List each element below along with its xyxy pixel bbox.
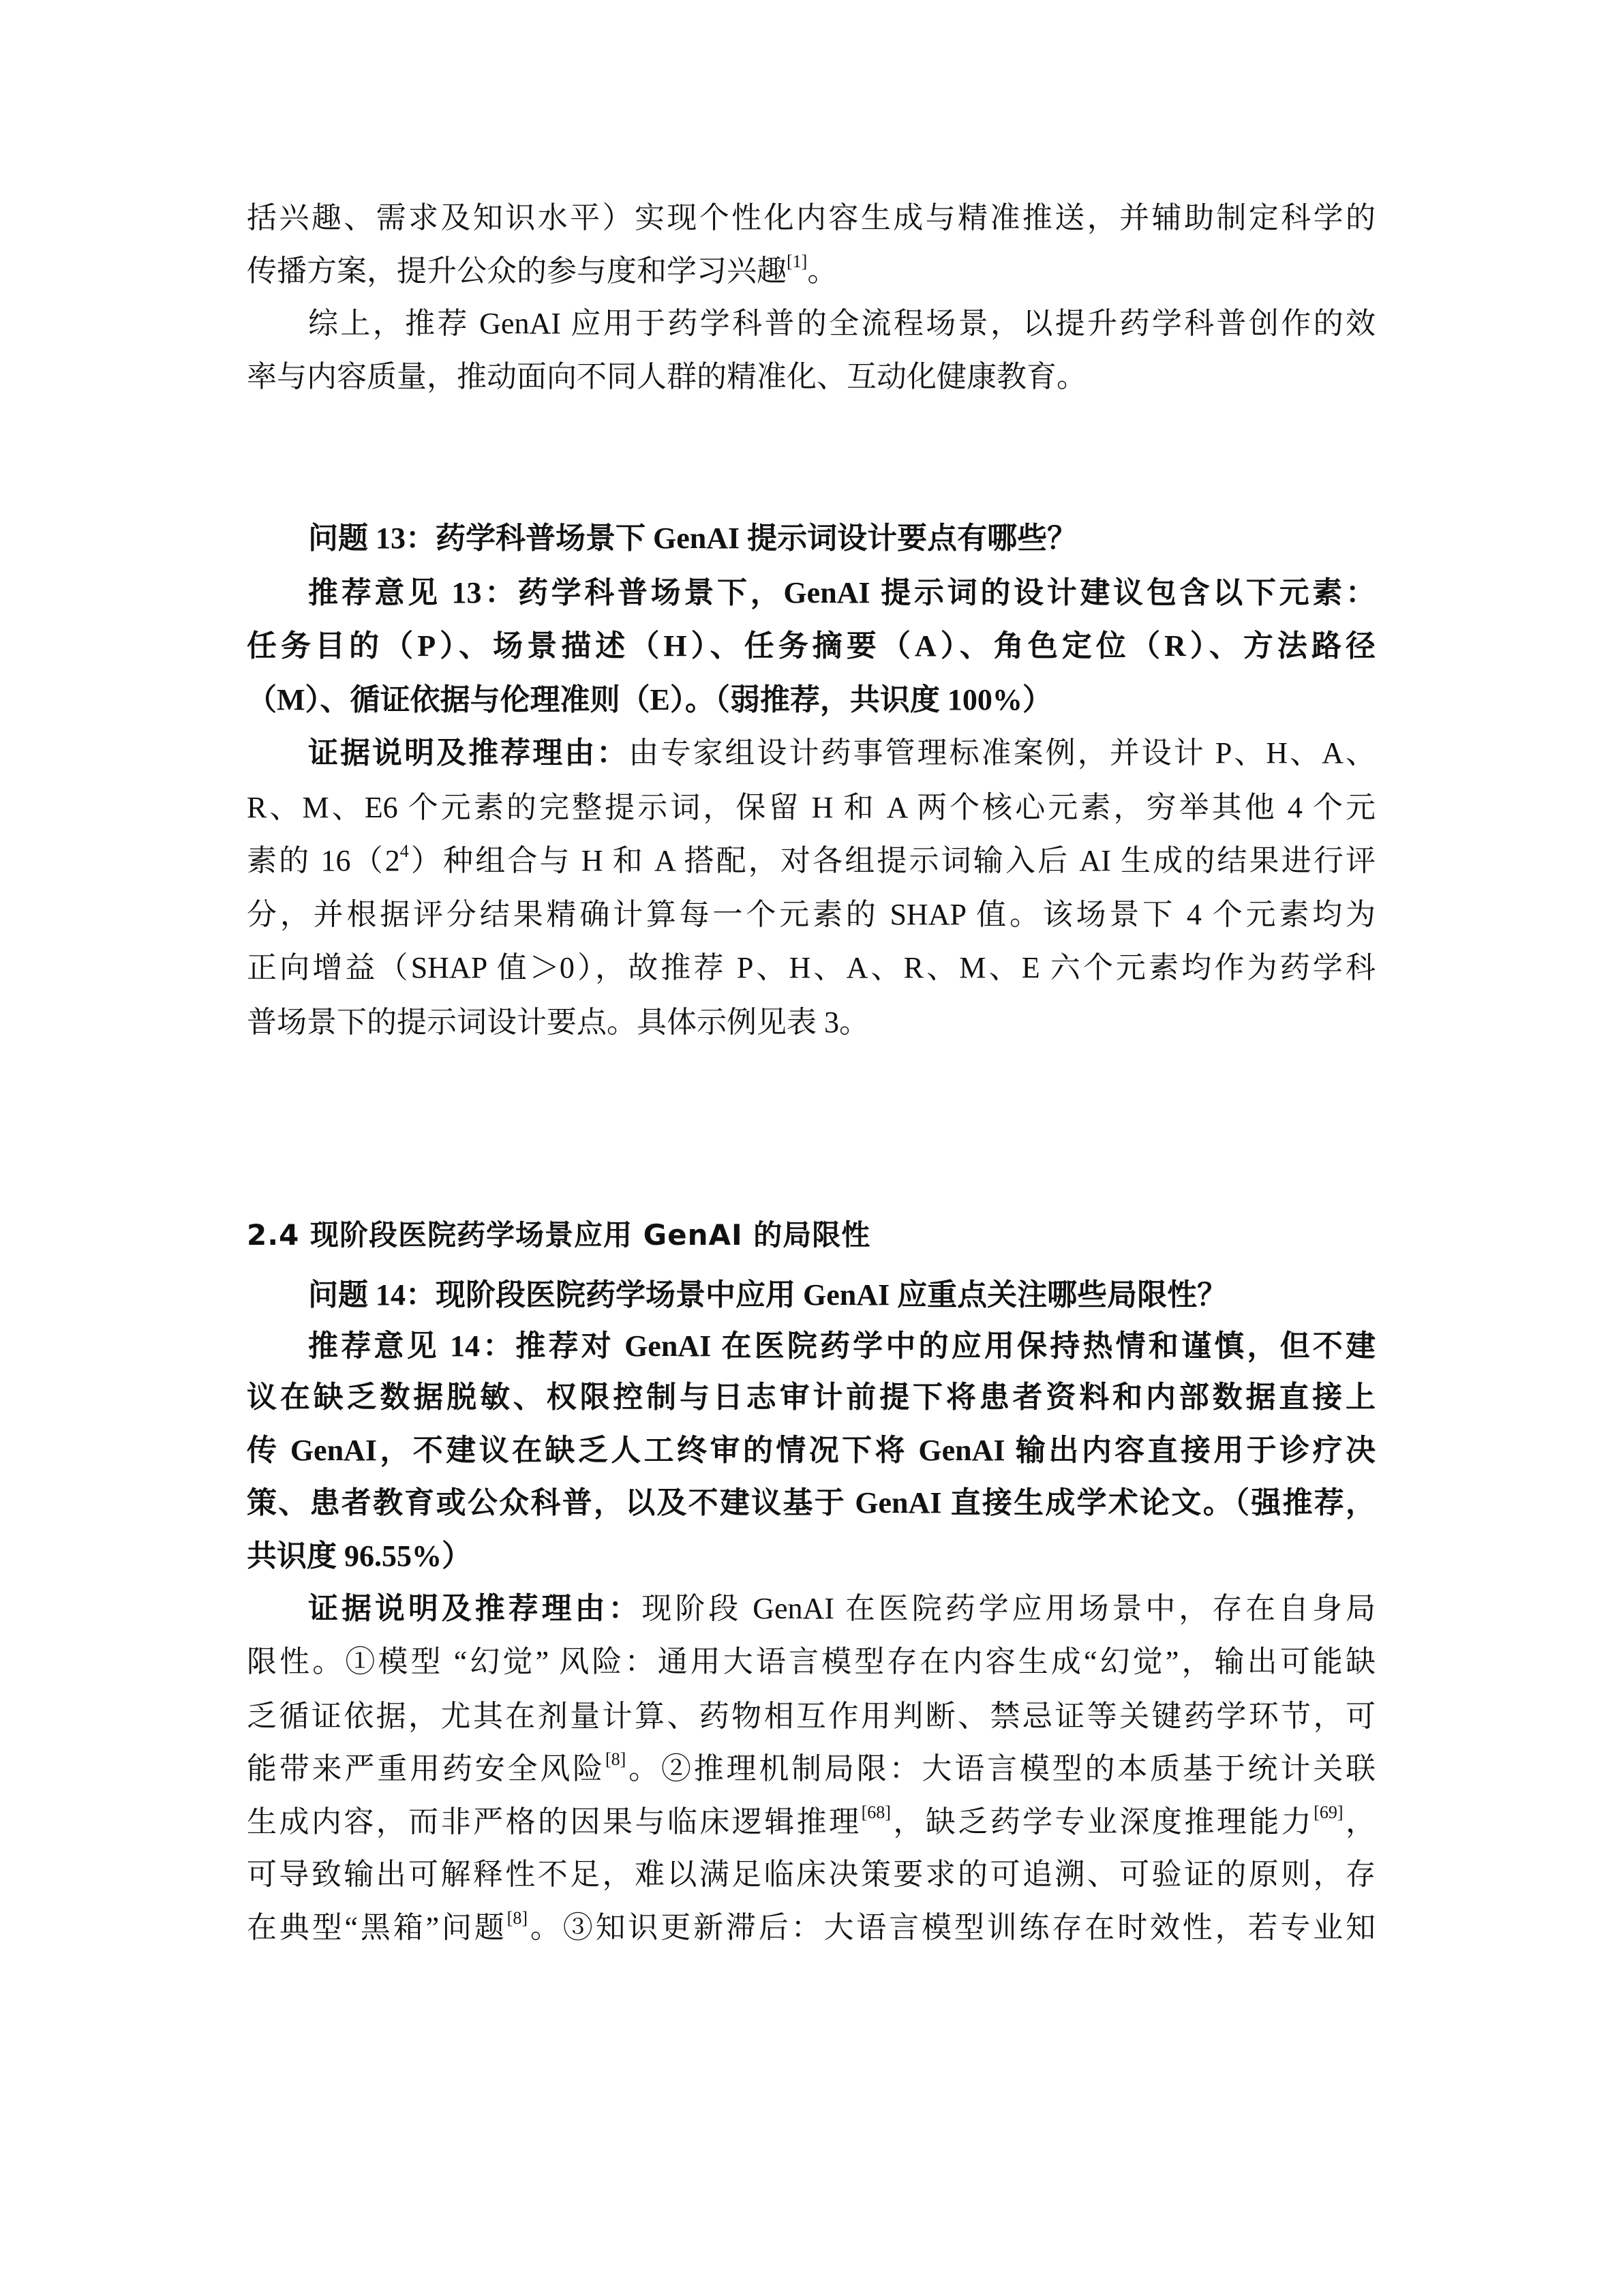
text-segment: ）种组合与 H 和 A 搭配，对各组提示词输入后 AI 生成的结果进行评: [409, 844, 1376, 877]
text-segment: 能带来严重用药安全风险: [247, 1752, 605, 1785]
evidence-14-line: 生成内容，而非严格的因果与临床逻辑推理[68]，缺乏药学专业深度推理能力[69]…: [247, 1802, 1376, 1843]
evidence-label: 证据说明及推荐理由：: [308, 1592, 641, 1625]
citation-ref: [69]: [1314, 1802, 1343, 1822]
paragraph-line: 传播方案，提升公众的参与度和学习兴趣[1]。: [247, 251, 1376, 292]
recommendation-13-line: 推荐意见 13：药学科普场景下，GenAI 提示词的设计建议包含以下元素：: [308, 573, 1376, 614]
citation-ref: [68]: [862, 1802, 891, 1822]
text-segment: 生成内容，而非严格的因果与临床逻辑推理: [247, 1805, 862, 1839]
text-segment: 。: [807, 254, 837, 288]
paragraph-line: 率与内容质量，推动面向不同人群的精准化、互动化健康教育。: [247, 357, 1376, 397]
recommendation-14-line: 议在缺乏数据脱敏、权限控制与日志审计前提下将患者资料和内部数据直接上: [247, 1377, 1376, 1418]
text-segment: ，: [1344, 1805, 1376, 1839]
recommendation-14-line: 推荐意见 14：推荐对 GenAI 在医院药学中的应用保持热情和谨慎，但不建: [308, 1326, 1376, 1367]
paragraph-line: 综上，推荐 GenAI 应用于药学科普的全流程场景，以提升药学科普创作的效: [308, 303, 1376, 344]
evidence-14-line: 能带来严重用药安全风险[8]。②推理机制局限：大语言模型的本质基于统计关联: [247, 1749, 1376, 1789]
paragraph-line: 括兴趣、需求及知识水平）实现个性化内容生成与精准推送，并辅助制定科学的: [247, 198, 1376, 239]
recommendation-14-line: 传 GenAI，不建议在缺乏人工终审的情况下将 GenAI 输出内容直接用于诊疗…: [247, 1430, 1376, 1471]
evidence-14-line: 限性。①模型 “幻觉” 风险：通用大语言模型存在内容生成“幻觉”，输出可能缺: [247, 1642, 1376, 1682]
text-segment: 现阶段 GenAI 在医院药学应用场景中，存在自身局: [641, 1592, 1376, 1625]
text-segment: 素的 16（2: [247, 844, 400, 877]
evidence-label: 证据说明及推荐理由：: [308, 736, 628, 770]
recommendation-14-line: 策、患者教育或公众科普，以及不建议基于 GenAI 直接生成学术论文。（强推荐，: [247, 1483, 1376, 1524]
evidence-14-line: 乏循证依据，尤其在剂量计算、药物相互作用判断、禁忌证等关键药学环节，可: [247, 1696, 1376, 1737]
text-segment: 。③知识更新滞后：大语言模型训练存在时效性，若专业知: [528, 1911, 1376, 1944]
citation-ref: [8]: [507, 1908, 528, 1928]
evidence-13-line: 分，并根据评分结果精确计算每一个元素的 SHAP 值。该场景下 4 个元素均为: [247, 894, 1376, 935]
question-14-title: 问题 14：现阶段医院药学场景中应用 GenAI 应重点关注哪些局限性？: [308, 1275, 1376, 1316]
recommendation-14-line: 共识度 96.55%）: [247, 1536, 1376, 1577]
text-segment: 由专家组设计药事管理标准案例，并设计 P、H、A、: [628, 736, 1376, 770]
citation-ref: [1]: [787, 252, 807, 271]
question-13-title: 问题 13：药学科普场景下 GenAI 提示词设计要点有哪些？: [308, 518, 1376, 559]
evidence-13-line: R、M、E6 个元素的完整提示词，保留 H 和 A 两个核心元素，穷举其他 4 …: [247, 787, 1376, 828]
section-heading-2-4: 2.4 现阶段医院药学场景应用 GenAI 的局限性: [247, 1215, 1376, 1256]
document-page: 括兴趣、需求及知识水平）实现个性化内容生成与精准推送，并辅助制定科学的 传播方案…: [0, 0, 1623, 2296]
text-segment: 在典型“黑箱”问题: [247, 1911, 507, 1944]
recommendation-13-line: （M）、循证依据与伦理准则（E）。（弱推荐，共识度 100%）: [247, 680, 1376, 721]
text-segment: 传播方案，提升公众的参与度和学习兴趣: [247, 254, 787, 288]
text-segment: 。②推理机制局限：大语言模型的本质基于统计关联: [626, 1752, 1376, 1785]
superscript-exponent: 4: [400, 841, 409, 861]
citation-ref: [8]: [605, 1749, 626, 1769]
evidence-14-line: 证据说明及推荐理由：现阶段 GenAI 在医院药学应用场景中，存在自身局: [308, 1588, 1376, 1629]
evidence-13-line: 普场景下的提示词设计要点。具体示例见表 3。: [247, 1002, 1376, 1043]
recommendation-13-line: 任务目的（P）、场景描述（H）、任务摘要（A）、角色定位（R）、方法路径: [247, 626, 1376, 667]
evidence-13-line: 正向增益（SHAP 值＞0），故推荐 P、H、A、R、M、E 六个元素均作为药学…: [247, 948, 1376, 988]
evidence-13-line: 证据说明及推荐理由：由专家组设计药事管理标准案例，并设计 P、H、A、: [308, 733, 1376, 774]
evidence-13-line: 素的 16（24）种组合与 H 和 A 搭配，对各组提示词输入后 AI 生成的结…: [247, 841, 1376, 881]
evidence-14-line: 在典型“黑箱”问题[8]。③知识更新滞后：大语言模型训练存在时效性，若专业知: [247, 1907, 1376, 1948]
text-segment: ，缺乏药学专业深度推理能力: [891, 1805, 1314, 1839]
evidence-14-line: 可导致输出可解释性不足，难以满足临床决策要求的可追溯、可验证的原则，存: [247, 1854, 1376, 1895]
